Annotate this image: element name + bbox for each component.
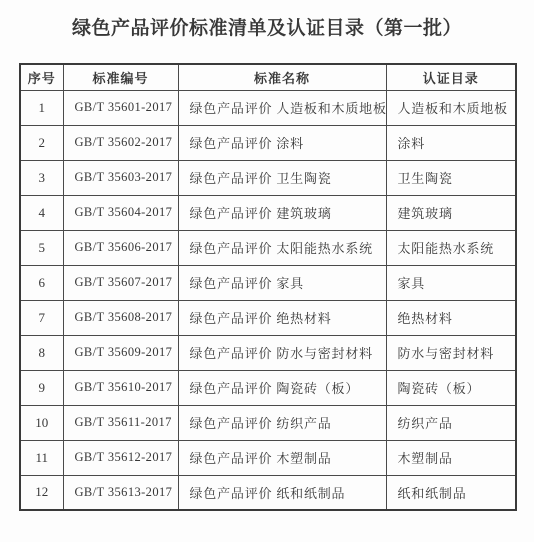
table-row: 6 GB/T 35607-2017 绿色产品评价 家具 家具 xyxy=(20,265,516,300)
cell-standard-name: 绿色产品评价 防水与密封材料 xyxy=(178,335,386,370)
cell-standard-number: GB/T 35603-2017 xyxy=(63,160,178,195)
cell-certification-catalog: 卫生陶瓷 xyxy=(386,160,516,195)
cell-standard-number: GB/T 35612-2017 xyxy=(63,440,178,475)
table-row: 2 GB/T 35602-2017 绿色产品评价 涂料 涂料 xyxy=(20,125,516,160)
cell-serial: 6 xyxy=(20,265,63,300)
table-row: 8 GB/T 35609-2017 绿色产品评价 防水与密封材料 防水与密封材料 xyxy=(20,335,516,370)
cell-certification-catalog: 纺织产品 xyxy=(386,405,516,440)
cell-standard-number: GB/T 35613-2017 xyxy=(63,475,178,510)
cell-certification-catalog: 纸和纸制品 xyxy=(386,475,516,510)
table-row: 3 GB/T 35603-2017 绿色产品评价 卫生陶瓷 卫生陶瓷 xyxy=(20,160,516,195)
cell-standard-number: GB/T 35607-2017 xyxy=(63,265,178,300)
cell-certification-catalog: 太阳能热水系统 xyxy=(386,230,516,265)
cell-serial: 11 xyxy=(20,440,63,475)
cell-standard-number: GB/T 35610-2017 xyxy=(63,370,178,405)
cell-certification-catalog: 陶瓷砖（板） xyxy=(386,370,516,405)
cell-standard-number: GB/T 35609-2017 xyxy=(63,335,178,370)
cell-standard-name: 绿色产品评价 太阳能热水系统 xyxy=(178,230,386,265)
cell-serial: 5 xyxy=(20,230,63,265)
column-header-certification-catalog: 认证目录 xyxy=(386,64,516,90)
cell-serial: 4 xyxy=(20,195,63,230)
table-row: 10 GB/T 35611-2017 绿色产品评价 纺织产品 纺织产品 xyxy=(20,405,516,440)
standards-table: 序号 标准编号 标准名称 认证目录 1 GB/T 35601-2017 绿色产品… xyxy=(19,63,517,511)
cell-serial: 8 xyxy=(20,335,63,370)
cell-standard-number: GB/T 35608-2017 xyxy=(63,300,178,335)
table-row: 7 GB/T 35608-2017 绿色产品评价 绝热材料 绝热材料 xyxy=(20,300,516,335)
cell-standard-name: 绿色产品评价 纸和纸制品 xyxy=(178,475,386,510)
table-row: 12 GB/T 35613-2017 绿色产品评价 纸和纸制品 纸和纸制品 xyxy=(20,475,516,510)
cell-standard-number: GB/T 35601-2017 xyxy=(63,90,178,125)
cell-standard-name: 绿色产品评价 纺织产品 xyxy=(178,405,386,440)
cell-standard-name: 绿色产品评价 家具 xyxy=(178,265,386,300)
document-page: 绿色产品评价标准清单及认证目录（第一批） 序号 标准编号 标准名称 认证目录 1… xyxy=(0,0,534,542)
cell-certification-catalog: 绝热材料 xyxy=(386,300,516,335)
cell-serial: 9 xyxy=(20,370,63,405)
cell-standard-name: 绿色产品评价 绝热材料 xyxy=(178,300,386,335)
table-row: 5 GB/T 35606-2017 绿色产品评价 太阳能热水系统 太阳能热水系统 xyxy=(20,230,516,265)
table-row: 11 GB/T 35612-2017 绿色产品评价 木塑制品 木塑制品 xyxy=(20,440,516,475)
table-row: 1 GB/T 35601-2017 绿色产品评价 人造板和木质地板 人造板和木质… xyxy=(20,90,516,125)
cell-serial: 12 xyxy=(20,475,63,510)
table-header-row: 序号 标准编号 标准名称 认证目录 xyxy=(20,64,516,90)
column-header-standard-name: 标准名称 xyxy=(178,64,386,90)
cell-serial: 2 xyxy=(20,125,63,160)
cell-standard-number: GB/T 35602-2017 xyxy=(63,125,178,160)
cell-serial: 1 xyxy=(20,90,63,125)
cell-standard-name: 绿色产品评价 木塑制品 xyxy=(178,440,386,475)
cell-standard-number: GB/T 35611-2017 xyxy=(63,405,178,440)
cell-serial: 10 xyxy=(20,405,63,440)
cell-standard-name: 绿色产品评价 建筑玻璃 xyxy=(178,195,386,230)
cell-standard-number: GB/T 35604-2017 xyxy=(63,195,178,230)
cell-certification-catalog: 防水与密封材料 xyxy=(386,335,516,370)
cell-certification-catalog: 涂料 xyxy=(386,125,516,160)
cell-standard-number: GB/T 35606-2017 xyxy=(63,230,178,265)
table-row: 4 GB/T 35604-2017 绿色产品评价 建筑玻璃 建筑玻璃 xyxy=(20,195,516,230)
table-row: 9 GB/T 35610-2017 绿色产品评价 陶瓷砖（板） 陶瓷砖（板） xyxy=(20,370,516,405)
cell-certification-catalog: 建筑玻璃 xyxy=(386,195,516,230)
cell-standard-name: 绿色产品评价 陶瓷砖（板） xyxy=(178,370,386,405)
column-header-serial: 序号 xyxy=(20,64,63,90)
cell-standard-name: 绿色产品评价 人造板和木质地板 xyxy=(178,90,386,125)
cell-certification-catalog: 木塑制品 xyxy=(386,440,516,475)
cell-serial: 3 xyxy=(20,160,63,195)
cell-serial: 7 xyxy=(20,300,63,335)
cell-standard-name: 绿色产品评价 卫生陶瓷 xyxy=(178,160,386,195)
cell-certification-catalog: 人造板和木质地板 xyxy=(386,90,516,125)
page-title: 绿色产品评价标准清单及认证目录（第一批） xyxy=(0,13,534,40)
cell-certification-catalog: 家具 xyxy=(386,265,516,300)
cell-standard-name: 绿色产品评价 涂料 xyxy=(178,125,386,160)
column-header-standard-number: 标准编号 xyxy=(63,64,178,90)
